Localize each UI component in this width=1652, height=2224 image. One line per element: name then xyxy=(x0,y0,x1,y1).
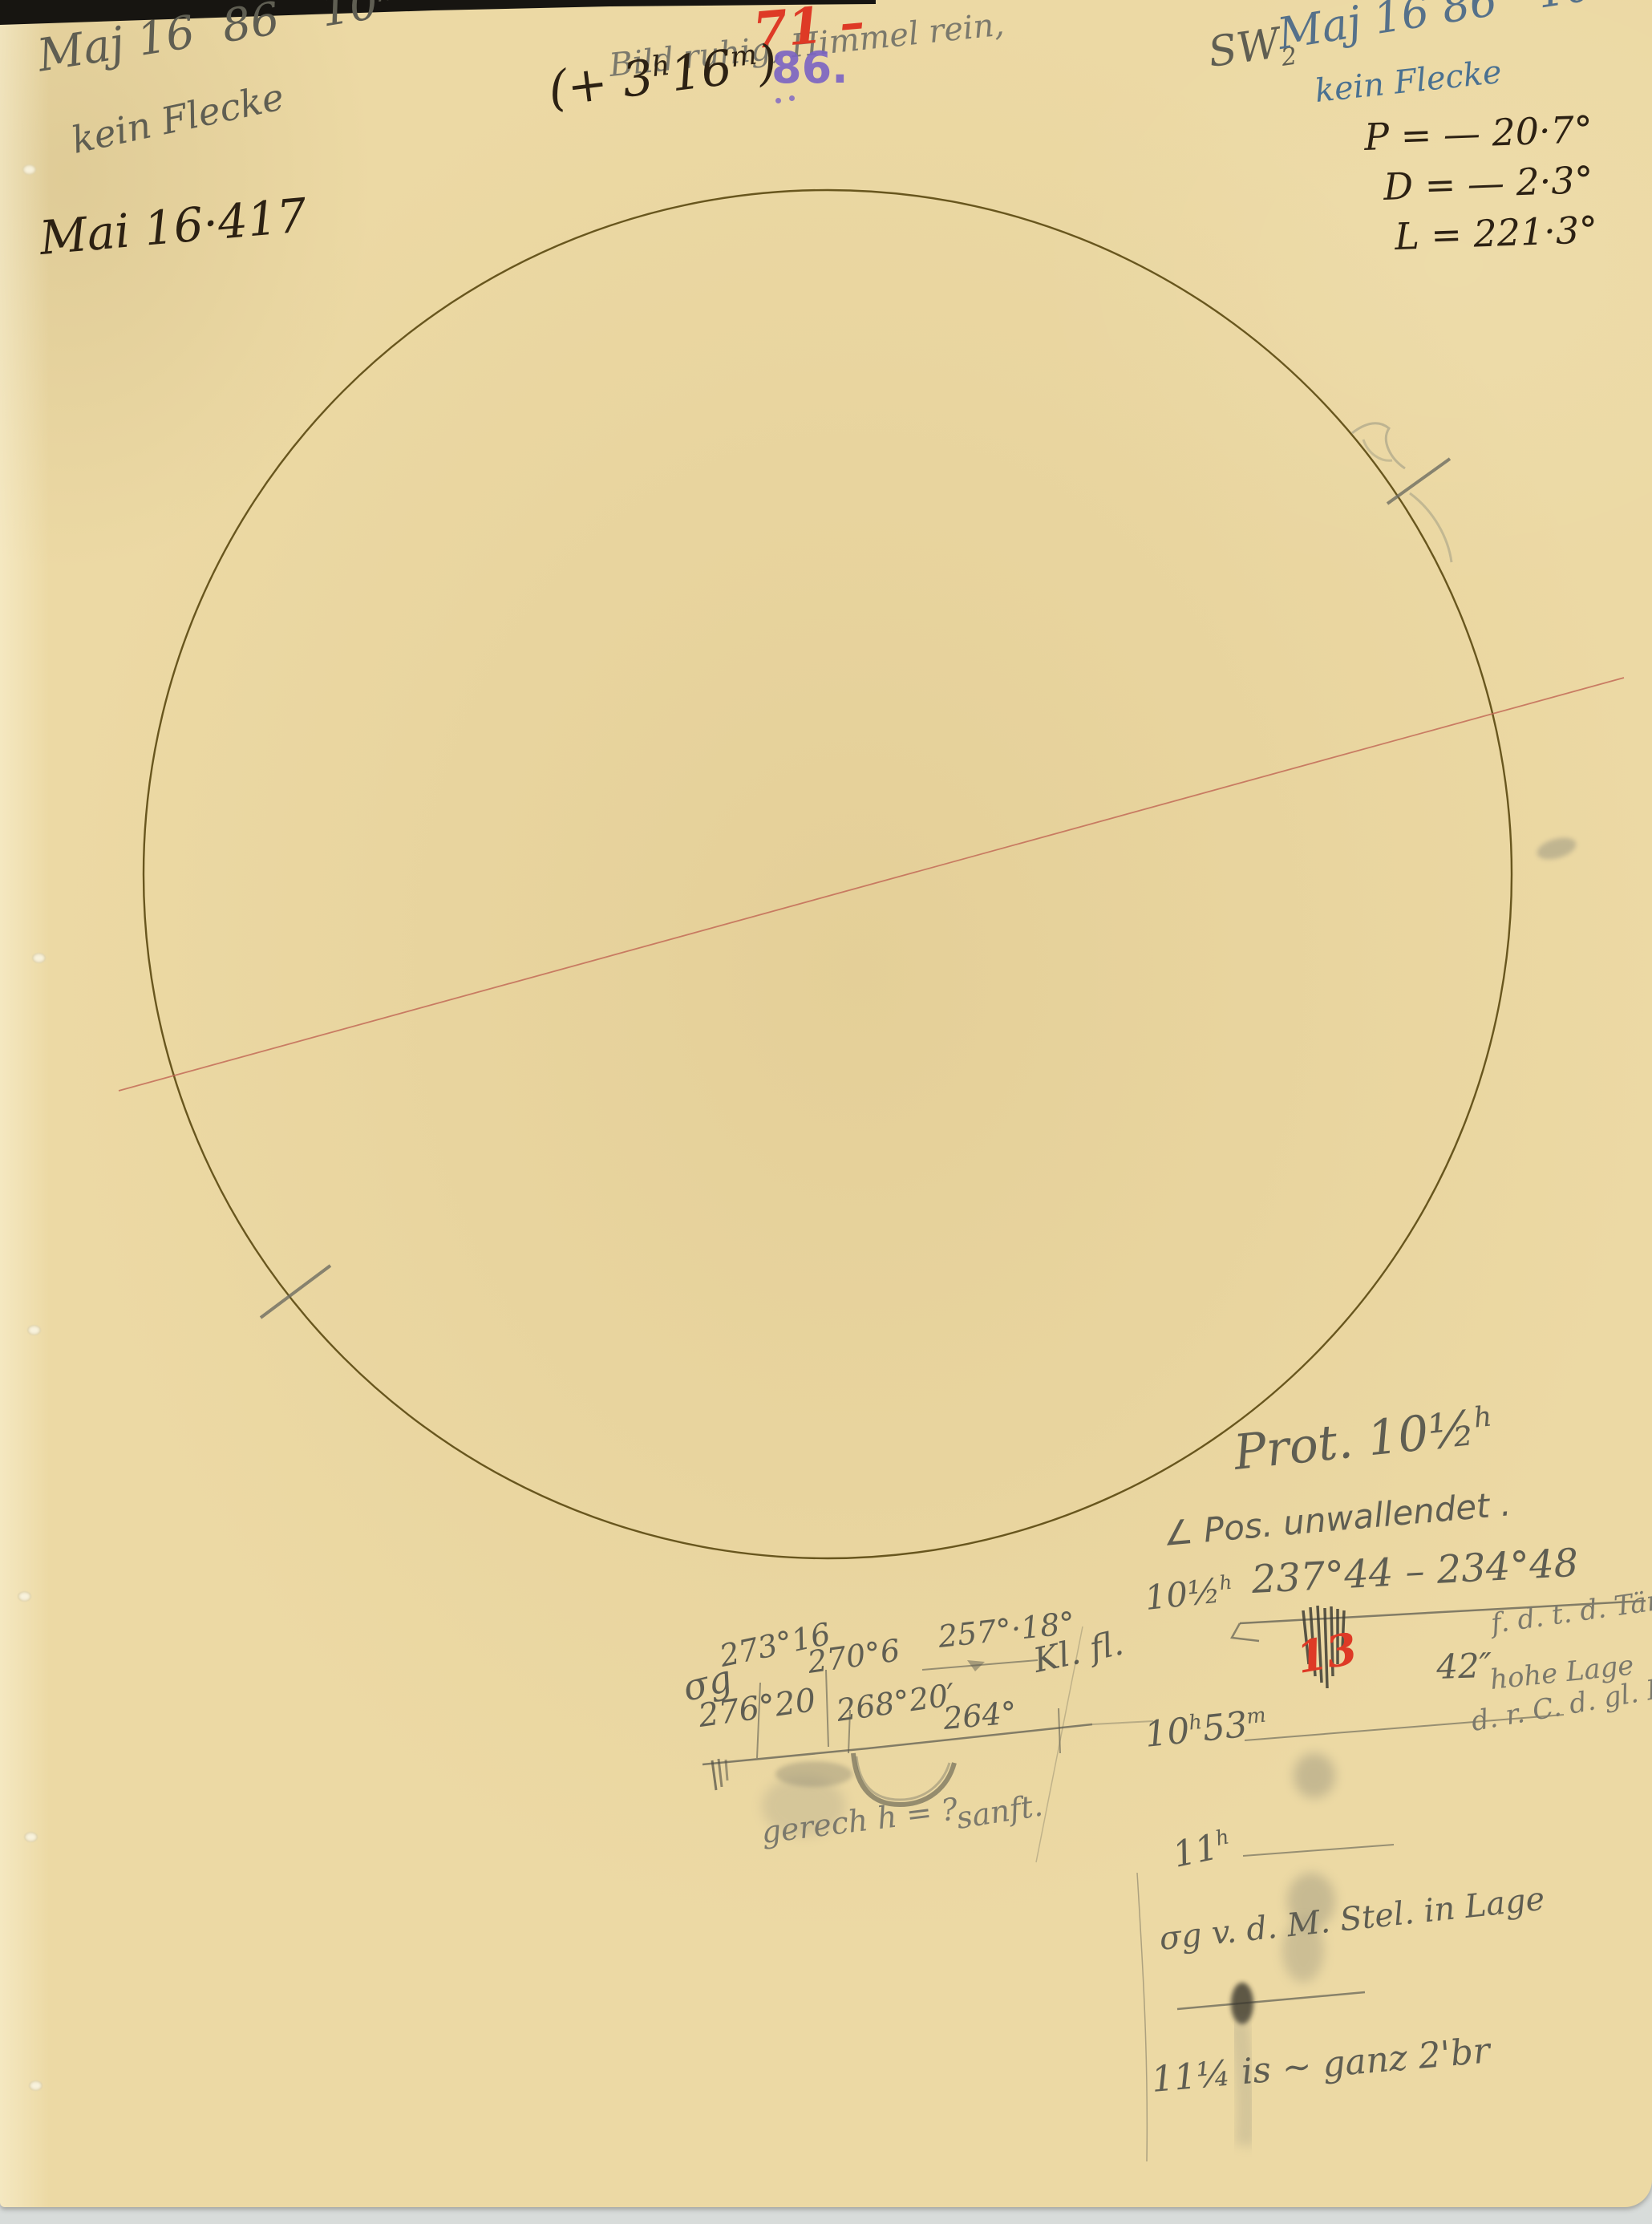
scanned-observation-sheet: Maj 16 86 10h kein Flecke Mai 16·417 Bil… xyxy=(0,0,1652,2224)
limb-tick-upper-right xyxy=(1387,459,1450,504)
time-entry-1: 10½h xyxy=(1144,1573,1235,1615)
p-angle-value: P = — 20·7° xyxy=(1363,111,1593,156)
red-mark: 13 xyxy=(1294,1626,1360,1679)
drawing-layer xyxy=(0,0,1652,2224)
protocol-title-sup: h xyxy=(1472,1400,1493,1434)
time-entry-2-text: 10 xyxy=(1143,1710,1192,1756)
measure-row2-c: 264° xyxy=(942,1697,1018,1734)
clock-correction-sup2: m xyxy=(728,38,759,74)
stamp-ink-dot xyxy=(775,98,781,103)
wind-note-text: SW xyxy=(1205,19,1283,77)
clock-correction-mid: 16 xyxy=(667,39,735,103)
stamp-ink-dot xyxy=(789,95,795,101)
height-value: 42″ xyxy=(1436,1649,1493,1684)
pencil-smudge-right-limb xyxy=(1535,834,1579,864)
l-value: L = 221·3° xyxy=(1394,211,1597,255)
sun-disk-outline xyxy=(144,190,1512,1558)
time-entry-2-sup2: m xyxy=(1245,1703,1267,1729)
archive-stamp: 86. xyxy=(771,47,848,90)
time-entry-1-text: 10½ xyxy=(1143,1570,1222,1618)
d-value: D = — 2·3° xyxy=(1383,161,1593,205)
red-orientation-line xyxy=(119,678,1624,1091)
time-entry-2-mid: 53 xyxy=(1201,1704,1249,1750)
time-entry-1-sup: h xyxy=(1218,1570,1233,1594)
